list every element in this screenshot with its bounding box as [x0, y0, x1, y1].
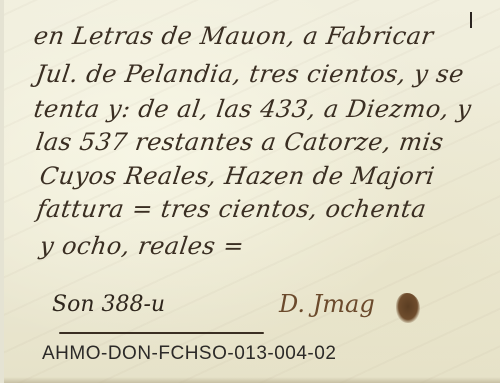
page-mark	[470, 12, 472, 28]
signature: D. Jmag	[279, 290, 375, 318]
manuscript-page: en Letras de Mauon, a Fabricar Jul. de P…	[0, 0, 500, 383]
ink-blot	[396, 293, 420, 323]
manuscript-line-5: Cuyos Reales, Hazen de Majori	[38, 162, 437, 190]
bleed-through-texture	[4, 0, 500, 383]
manuscript-line-1: en Letras de Mauon, a Fabricar	[32, 22, 435, 50]
manuscript-line-2: Jul. de Pelandia, tres cientos, y se	[34, 60, 466, 88]
total-underline	[59, 332, 264, 334]
manuscript-line-3: tenta y: de al, las 433, a Diezmo, y	[32, 95, 473, 123]
archive-reference: AHMO-DON-FCHSO-013-004-02	[42, 343, 336, 365]
manuscript-line-7: y ocho, reales =	[38, 232, 246, 260]
paper-edge	[4, 377, 500, 383]
total-amount: Son 388-u	[52, 292, 165, 317]
manuscript-line-4: las 537 restantes a Catorze, mis	[34, 128, 446, 156]
manuscript-line-6: fattura = tres cientos, ochenta	[35, 195, 428, 223]
